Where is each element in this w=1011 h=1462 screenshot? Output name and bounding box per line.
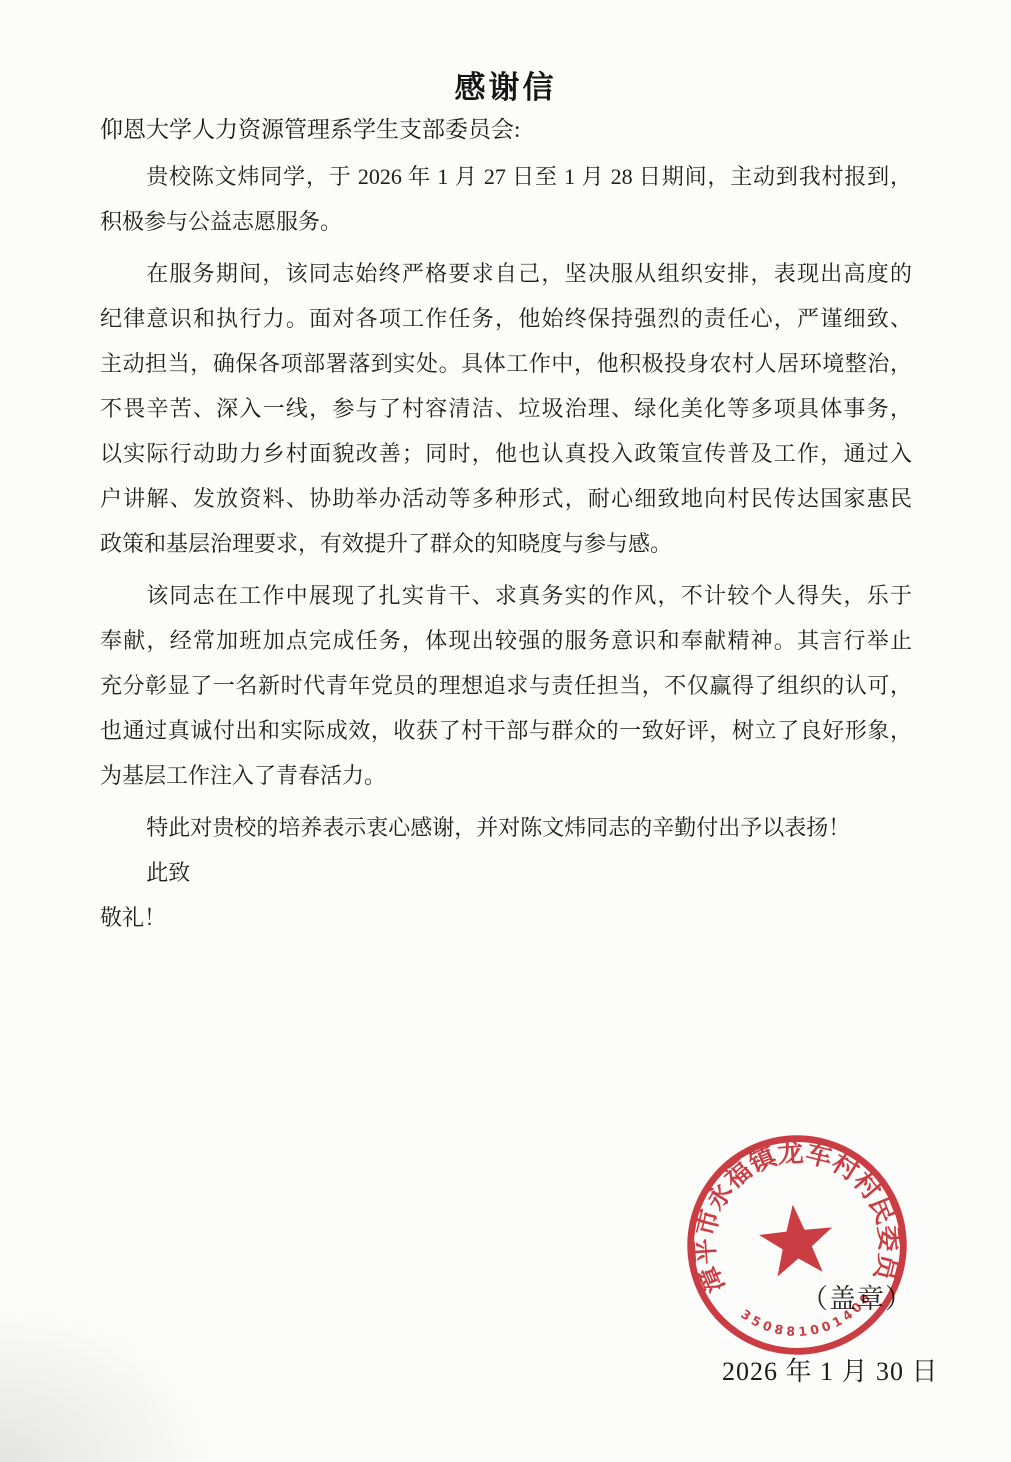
seal-code-number: 3508810014003 bbox=[670, 1118, 880, 1352]
body-line: 也通过真诚付出和实际成效，收获了村干部与群众的一致好评，树立了良好形象， bbox=[100, 708, 912, 753]
body-line: 在服务期间，该同志始终严格要求自己，坚决服从组织安排，表现出高度的 bbox=[100, 251, 912, 296]
seal-graphic: 漳平市永福镇龙车村村民委员会 3508810014003 bbox=[670, 1118, 925, 1373]
letter-body: 贵校陈文炜同学，于 2026 年 1 月 27 日至 1 月 28 日期间，主动… bbox=[100, 154, 912, 940]
closing-cizhi: 此致 bbox=[100, 850, 912, 895]
seal-placeholder-label: （盖章） bbox=[801, 1277, 913, 1316]
body-line: 以实际行动助力乡村面貌改善；同时，他也认真投入政策宣传普及工作，通过入 bbox=[100, 431, 912, 476]
body-line: 奉献，经常加班加点完成任务，体现出较强的服务意识和奉献精神。其言行举止 bbox=[100, 618, 912, 663]
body-line: 户讲解、发放资料、协助举办活动等多种形式，耐心细致地向村民传达国家惠民 bbox=[100, 476, 912, 521]
body-line: 贵校陈文炜同学，于 2026 年 1 月 27 日至 1 月 28 日期间，主动… bbox=[100, 154, 912, 199]
letter-date: 2026 年 1 月 30 日 bbox=[722, 1351, 939, 1388]
body-line: 纪律意识和执行力。面对各项工作任务，他始终保持强烈的责任心，严谨细致、 bbox=[100, 296, 912, 341]
seal-ring bbox=[680, 1128, 914, 1362]
body-line: 积极参与公益志愿服务。 bbox=[100, 199, 912, 244]
page-title: 感谢信 bbox=[0, 62, 1011, 107]
seal-star-icon bbox=[756, 1201, 836, 1278]
official-seal-stamp: 漳平市永福镇龙车村村民委员会 3508810014003 bbox=[670, 1118, 925, 1373]
body-line: 不畏辛苦、深入一线，参与了村容清洁、垃圾治理、绿化美化等多项具体事务， bbox=[100, 386, 912, 431]
closing-jingli: 敬礼！ bbox=[100, 895, 912, 940]
body-line: 主动担当，确保各项部署落到实处。具体工作中，他积极投身农村人居环境整治， bbox=[100, 341, 912, 386]
letter-page: 感谢信 仰恩大学人力资源管理系学生支部委员会: 贵校陈文炜同学，于 2026 年… bbox=[0, 0, 1011, 1462]
body-line: 为基层工作注入了青春活力。 bbox=[100, 753, 912, 798]
body-line: 充分彰显了一名新时代青年党员的理想追求与责任担当，不仅赢得了组织的认可， bbox=[100, 663, 912, 708]
body-line: 该同志在工作中展现了扎实肯干、求真务实的作风，不计较个人得失，乐于 bbox=[100, 573, 912, 618]
body-line: 政策和基层治理要求，有效提升了群众的知晓度与参与感。 bbox=[100, 521, 912, 566]
closing-thanks-line: 特此对贵校的培养表示衷心感谢，并对陈文炜同志的辛勤付出予以表扬！ bbox=[100, 805, 912, 850]
salutation: 仰恩大学人力资源管理系学生支部委员会: bbox=[100, 114, 912, 146]
